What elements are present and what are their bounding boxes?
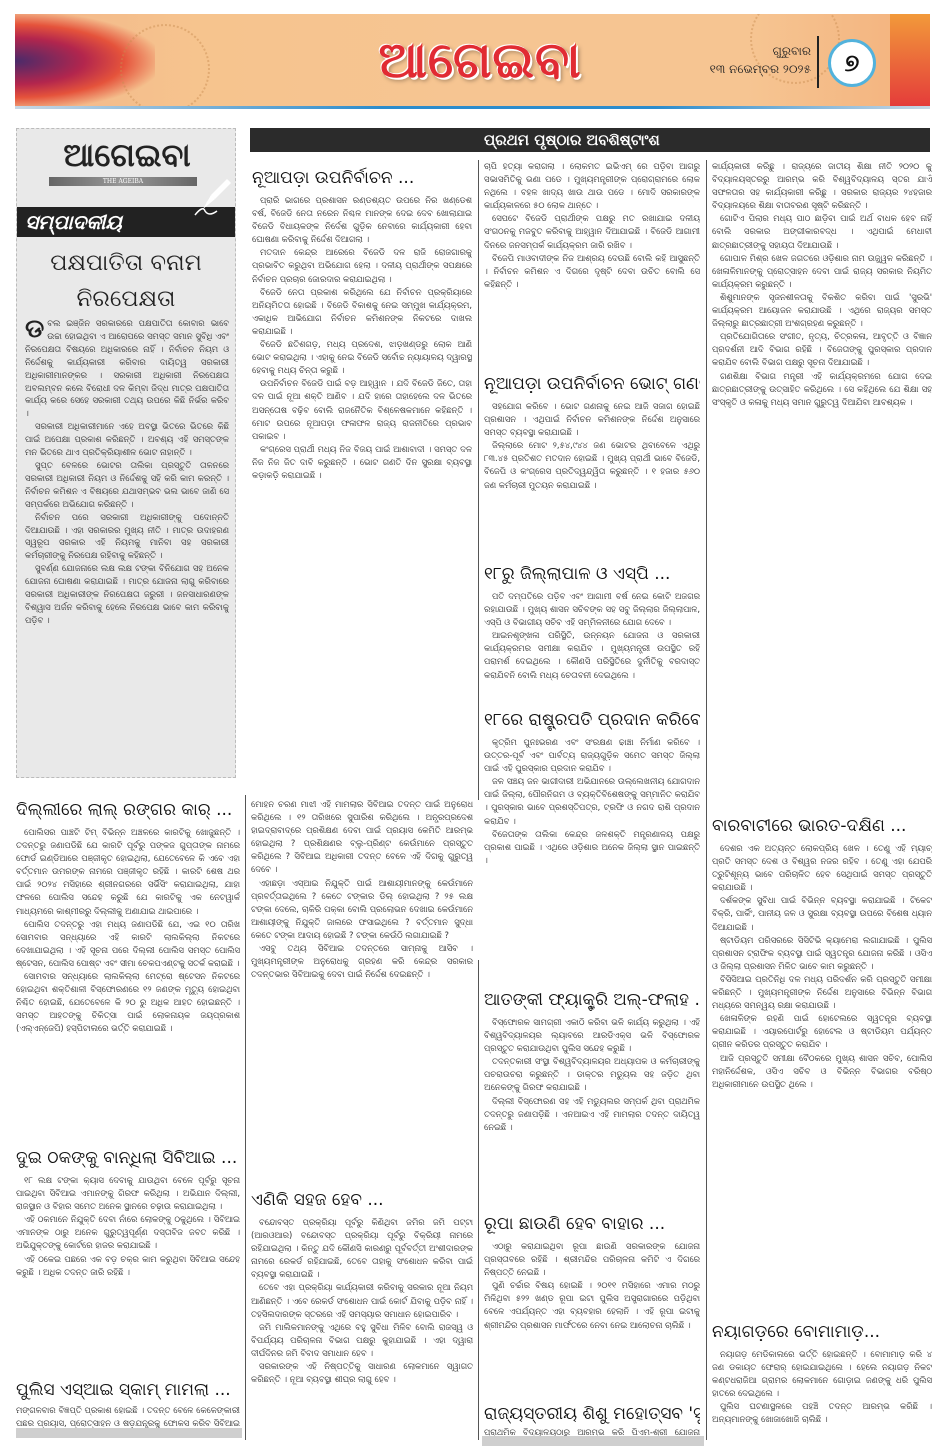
article-children-festival: ରାଜ୍ୟସ୍ତରୀୟ ଶିଶୁ ମହୋତ୍ସବ 'ସୁରଭି ... ପ୍ରା… [484, 1402, 700, 1436]
article-body: ପୋଲିସର ପାଞ୍ଚଟି ଟିମ୍ ବିଭିନ୍ନ ଅଞ୍ଚଳରେ କାରଟ… [16, 826, 240, 1036]
article-paragraph: କଂଗ୍ରେସ ପ୍ରାର୍ଥୀ ମଧ୍ୟ ନିଜ ବିଜୟ ପାଇଁ ଆଶାବ… [252, 443, 472, 482]
article-paragraph: ଉପନିର୍ବାଚନ ବିଜେଡି ପାଇଁ ବଡ଼ ଆହ୍ୱାନ । ଯଦି … [252, 377, 472, 442]
article-paragraph: ଏସବୁ ତଥ୍ୟ ସିବିଆଇ ତଦନ୍ତରେ ସାମ୍ନାକୁ ଆସିବ ।… [251, 942, 473, 981]
column-divider [245, 795, 246, 1440]
article-headline: ବାରବାଟୀରେ ଭାରତ-ଦକ୍ଷିଣ ... [712, 814, 932, 838]
article-body: ଚାପି ହତ୍ୟା କରାଗଲା । ଲୋକମତ ଇଭିଏମ୍ ରେ ପଡ଼ି… [484, 160, 700, 291]
article-paragraph: କୃତ୍ରିମ ପୁନଃଭରଣ ଏବଂ ସଂରକ୍ଷଣ ଢାଞ୍ଚା ନିର୍ମ… [484, 736, 700, 775]
editorial-label: ସମ୍ପାଦକୀୟ [25, 207, 122, 237]
article-paragraph: ୧୮ ଲକ୍ଷ ଟଙ୍କା କ୍ୟାସ ଦେବାକୁ ଯାଉଥିବା ବେଳେ … [16, 1174, 240, 1213]
article-paragraph: ଗୋପାଳ ମିଶ୍ର ଖେଳ ଜଗତରେ ଓଡ଼ିଶାର ନାମ ଉଜ୍ଜ୍ୱ… [712, 252, 932, 291]
article-body: କାର୍ଯ୍ୟକାରୀ କରିଛୁ । ରାଜ୍ୟରେ ଜାତୀୟ ଶିକ୍ଷା… [712, 160, 932, 409]
article-paragraph: ଦେଶର ଏକ ଅତ୍ୟନ୍ତ ଲୋକପ୍ରିୟ ଖେଳ । ତେଣୁ ଏହି … [712, 842, 932, 894]
decorative-wave [890, 14, 930, 108]
article-continued-education: କାର୍ଯ୍ୟକାରୀ କରିଛୁ । ରାଜ୍ୟରେ ଜାତୀୟ ଶିକ୍ଷା… [712, 160, 932, 800]
article-paragraph: ଆଜି ପ୍ରସ୍ତୁତି ସମୀକ୍ଷା ବୈଠକରେ ମୁଖ୍ୟ ଶାସନ … [712, 1052, 932, 1091]
article-paragraph: ଜଳ ସଞ୍ଚୟ ଜନ ଭାଗୀଦାରୀ ଅଭିଯାନରେ ଉଲ୍ଲେଖନୀୟ … [484, 775, 700, 827]
editorial-paragraph: ସୁବର୍ଣ୍ଣ ଯୋଜନାରେ ଲକ୍ଷ ଲକ୍ଷ ଟଙ୍କା ବିନିଯୋଗ… [25, 562, 229, 627]
article-paragraph: ଶିଶୁମାନଙ୍କ ସୃଜନଶୀଳତାକୁ ବିକଶିତ କରିବା ପାଇଁ… [712, 291, 932, 330]
article-paragraph: ଦିଲ୍ଲୀ ବିସ୍ଫୋରଣ ସହ ଏହି ମଡ୍ୟୁଲର ସମ୍ପର୍କ ଥ… [484, 1095, 700, 1134]
article-paragraph: ସହଯୋଗ କରିବେ । ଭୋଟ ଗଣନାକୁ ନେଇ ଆଜି ସଜାଗ ହୋ… [484, 400, 700, 439]
article-terror-factory: ଆତଙ୍କୀ ଫ୍ୟାକ୍ଟ୍ରି ଅଲ୍-ଫଲାହ ... ବିସ୍ଫୋରକ … [484, 988, 700, 1203]
article-headline: ନୂଆପଡ଼ା ଉପନିର୍ବାଚନ ଭୋଟ୍ ଗଣତି ... [484, 372, 700, 396]
article-delhi-red-car: ଦିଲ୍ଲୀରେ ଲାଲ୍ ରଙ୍ଗର କାର୍ ... ପୋଲିସର ପାଞ୍… [16, 798, 240, 1133]
column-bottom-rule [482, 1436, 704, 1446]
article-president-award: ୧୮ରେ ରାଷ୍ଟ୍ରପତି ପ୍ରଦାନ କରିବେ ... କୃତ୍ରିମ… [484, 708, 700, 978]
masthead-banner: ଆଗେଇବା ଗୁରୁବାର ୧୩ ନଭେମ୍ବର ୨୦୨୫ ୭ [15, 14, 930, 108]
article-headline: ନୂଆପଡ଼ା ଉପନିର୍ବାଚନ ... [252, 166, 472, 190]
article-paragraph: ତଦନ୍ତକାରୀ ସଂସ୍ଥା ବିଶ୍ୱବିଦ୍ୟାଳୟର ଅଧ୍ୟାପକ … [484, 1055, 700, 1094]
article-body: ବନ୍ଦୋବସ୍ତ ପ୍ରକ୍ରିୟା ପୂର୍ବରୁ କିଣିଥିବା ଜମି… [251, 1216, 473, 1386]
column-divider [478, 960, 479, 1440]
article-barabati-match: ବାରବାଟୀରେ ଭାରତ-ଦକ୍ଷିଣ ... ଦେଶର ଏକ ଅତ୍ୟନ୍… [712, 814, 932, 1304]
article-body: ପ୍ରାଥମିକ ବିଦ୍ୟାଳୟଠାରୁ ଆରମ୍ଭ କରି ପିଏମ-ଶ୍ର… [484, 1426, 700, 1436]
article-paragraph: ମୋହନ ଚରଣ ମାଝୀ ଏହି ମାମଲାର ସିବିଆଇ ତଦନ୍ତ ପା… [251, 798, 473, 877]
column-divider [478, 160, 479, 800]
article-headline: ଆତଙ୍କୀ ଫ୍ୟାକ୍ଟ୍ରି ଅଲ୍-ଫଲାହ ... [484, 988, 700, 1012]
article-body: ପତି ଦମ୍ପତିରେ ପଡ଼ିବ ଏବଂ ଆଗାମୀ ବର୍ଷ ନେଇ କୋ… [484, 590, 700, 682]
editorial-paragraph: ବଲ ଇଞ୍ଜିନ ସରକାରରେ ପକ୍ଷପାତିତା କୋବାର ଭାବେ … [25, 317, 229, 420]
column-divider [706, 160, 707, 1440]
article-collector-sp: ୧୮ରୁ ଜିଲ୍ଲାପାଳ ଓ ଏସ୍‌ପି ... ପତି ଦମ୍ପତିରେ… [484, 562, 700, 682]
article-paragraph: କାର୍ଯ୍ୟକାରୀ କରିଛୁ । ରାଜ୍ୟରେ ଜାତୀୟ ଶିକ୍ଷା… [712, 160, 932, 212]
article-body: ଦେଶର ଏକ ଅତ୍ୟନ୍ତ ଲୋକପ୍ରିୟ ଖେଳ । ତେଣୁ ଏହି … [712, 842, 932, 1091]
article-paragraph: ବିଜେଡି ଛତିଶଗଡ଼, ମଧ୍ୟ ପ୍ରଦେଶ, ଝାଡ଼ଖଣ୍ଡରୁ … [252, 338, 472, 377]
article-headline: ଦିଲ୍ଲୀରେ ଲାଲ୍ ରଙ୍ଗର କାର୍ ... [16, 798, 240, 822]
masthead-divider [817, 36, 819, 88]
article-paragraph: ବିଜେତାଙ୍କ ତାଲିକା କେନ୍ଦ୍ର ଜଳଶକ୍ତି ମନ୍ତ୍ରଣ… [484, 828, 700, 867]
article-paragraph: ବିସ୍ଫୋରକ ସାମଗ୍ରୀ ଏକାଠି କରିବା ଭଳି କାର୍ଯ୍ୟ… [484, 1016, 700, 1055]
article-paragraph: ଚାପି ହତ୍ୟା କରାଗଲା । ଲୋକମତ ଇଭିଏମ୍ ରେ ପଡ଼ି… [484, 160, 700, 212]
article-paragraph: ଦର୍ଶକଙ୍କ ସୁବିଧା ପାଇଁ ବିଭିନ୍ନ ବ୍ୟବସ୍ଥା କର… [712, 894, 932, 933]
column-bottom-rule [16, 1428, 242, 1438]
article-paragraph: ସୋମବାର ସନ୍ଧ୍ୟାରେ ଲାଲକିଲ୍ଲା ମେଟ୍ରୋ ଷ୍ଟେସନ… [16, 970, 240, 1035]
article-paragraph: ପୋଲିସର ପାଞ୍ଚଟି ଟିମ୍ ବିଭିନ୍ନ ଅଞ୍ଚଳରେ କାରଟ… [16, 826, 240, 918]
editorial-headline-line: ପକ୍ଷପାତିତା ବନାମ [23, 245, 229, 281]
article-paragraph: ଏଠାରୁ କରାଯାଇଥିବା ରୂପା ଛାଉଣି ସରକାରଙ୍କ ଯୋଜ… [484, 1240, 700, 1279]
section-title: ପ୍ରଥମ ପୃଷ୍ଠାର ଅବଶିଷ୍ଟାଂଶ [470, 128, 674, 152]
newspaper-logo: ଆଗେଇବା [355, 28, 605, 92]
article-cbi-thugs: ଦୁଇ ଠକଙ୍କୁ ବାନ୍ଧିଲା ସିବିଆଇ ... ୧୮ ଲକ୍ଷ ଟ… [16, 1146, 240, 1368]
article-headline: ୧୮ରେ ରାଷ୍ଟ୍ରପତି ପ୍ରଦାନ କରିବେ ... [484, 708, 700, 732]
section-header: ପ୍ରଥମ ପୃଷ୍ଠାର ଅବଶିଷ୍ଟାଂଶ [250, 128, 930, 152]
article-land-record: ଏଣିକି ସହଜ ହେବ ... ବନ୍ଦୋବସ୍ତ ପ୍ରକ୍ରିୟା ପୂ… [251, 1188, 473, 1438]
article-paragraph: ଷ୍ଟାଡିୟମ ପରିସରରେ ସିସିଟିଭି କ୍ୟାମେରା ଲଗାଯା… [712, 934, 932, 973]
editorial-paper-logo: ଆଗେଇବା [47, 135, 207, 175]
article-paragraph: ବନ୍ଦୋବସ୍ତ ପ୍ରକ୍ରିୟା ପୂର୍ବରୁ କିଣିଥିବା ଜମି… [251, 1216, 473, 1281]
article-headline: ୧୮ରୁ ଜିଲ୍ଲାପାଳ ଓ ଏସ୍‌ପି ... [484, 562, 700, 586]
article-paragraph: ପ୍ରାରି ଭାଗରେ ପ୍ରଶାସନ ରଣ୍ଡଶ୍ୟତ ଉପରେ ନିର ଖ… [252, 194, 472, 246]
article-paragraph: ଆଇନଶୃଙ୍ଖଳା ପରିସ୍ଥିତି, ଉନ୍ନୟନ ଯୋଜନା ଓ ସରକ… [484, 629, 700, 681]
article-body: ୧୮ ଲକ୍ଷ ଟଙ୍କା କ୍ୟାସ ଦେବାକୁ ଯାଉଥିବା ବେଳେ … [16, 1174, 240, 1279]
editorial-paragraph: ସୁପ୍ତ ବେଳରେ ଭୋଟର ତାଲିକା ପ୍ରସ୍ତୁତି ତାଳନରେ… [25, 459, 229, 511]
article-paragraph: ପୁଣି ଚର୍ଚ୍ଚାର ବିଷୟ ହୋଇଛି । ୨୦୧୧ ମସିହାରେ … [484, 1279, 700, 1331]
article-paragraph: ଗଣଶିକ୍ଷା ବିଭାଗ ମନ୍ତ୍ରୀ ଏହି କାର୍ଯ୍ୟକ୍ରମରେ… [712, 370, 932, 409]
article-body: ଏଠାରୁ କରାଯାଇଥିବା ରୂପା ଛାଉଣି ସରକାରଙ୍କ ଯୋଜ… [484, 1240, 700, 1332]
fountain-pen-icon [193, 177, 233, 217]
article-paragraph: ପ୍ରତିଯୋଗିତାରେ ସଂଗୀତ, ନୃତ୍ୟ, ଚିତ୍ରକଳା, ଆବ… [712, 330, 932, 369]
article-nuapada-bypoll: ନୂଆପଡ଼ା ଉପନିର୍ବାଚନ ... ପ୍ରାରି ଭାଗରେ ପ୍ରଶ… [252, 166, 472, 794]
article-paragraph: ବିଜେପି ମାଓବାଦୀଙ୍କ ନିଜ ଆଶ୍ରୟ ଦେଉଛି ବୋଲି କ… [484, 252, 700, 291]
editorial-box: ଆଗେଇବା THE AGEIBA ସମ୍ପାଦକୀୟ ପକ୍ଷପାତିତା ବ… [16, 128, 236, 778]
article-headline: ରୂପା ଛାଉଣି ହେବ ବାହାର ... [484, 1212, 700, 1236]
article-paragraph: ବିଜେଡି ନେତା ପ୍ରକାଶ କରିଥିଲେ ଯେ ନିର୍ବାଚନ ପ… [252, 286, 472, 338]
article-continued: ଚାପି ହତ୍ୟା କରାଗଲା । ଲୋକମତ ଇଭିଏମ୍ ରେ ପଡ଼ି… [484, 160, 700, 370]
article-body: ବିସ୍ଫୋରକ ସାମଗ୍ରୀ ଏକାଠି କରିବା ଭଳି କାର୍ଯ୍ୟ… [484, 1016, 700, 1134]
article-paragraph: ସରକାରଙ୍କ ଏହି ନିଷ୍ପତ୍ତିକୁ ସାଧାରଣ ଲୋକମାନେ … [251, 1360, 473, 1386]
editorial-paragraph: ନିର୍ବାଚନ ପରେ ସରକାରୀ ଅଧିକାରୀଙ୍କୁ ପଦୋନ୍ନତି… [25, 511, 229, 563]
article-headline: ଦୁଇ ଠକଙ୍କୁ ବାନ୍ଧିଲା ସିବିଆଇ ... [16, 1146, 240, 1170]
editorial-paragraph: ସରକାରୀ ଅଧିକାରୀମାନେ ଏହେ ଅବସ୍ଥା ଭିତରେ ଭିତର… [25, 420, 229, 459]
article-body: ସହଯୋଗ କରିବେ । ଭୋଟ ଗଣନାକୁ ନେଇ ଆଜି ସଜାଗ ହୋ… [484, 400, 700, 492]
article-paragraph: ପୋଲିସ ତଦନ୍ତରୁ ଏହା ମଧ୍ୟ ଜଣାପଡିଛି ଯେ, ଏଇ ୧… [16, 918, 240, 970]
masthead-rule [15, 106, 930, 109]
editorial-paper-logo-sub: THE AGEIBA [49, 177, 197, 186]
article-paragraph: ଜିଲ୍ଲାରେ ମୋଟ ୨,୫୪,୯୪୪ ଜଣ ଭୋଟର ଥିବାବେଳେ ଏ… [484, 439, 700, 491]
article-headline: ଏଣିକି ସହଜ ହେବ ... [251, 1188, 473, 1212]
article-body: କୃତ୍ରିମ ପୁନଃଭରଣ ଏବଂ ସଂରକ୍ଷଣ ଢାଞ୍ଚା ନିର୍ମ… [484, 736, 700, 867]
editorial-headline-line: ନିରପେକ୍ଷତା [23, 281, 229, 317]
article-body: ନୟାଗଡ଼ ମେଡିକାଲରେ ଭର୍ତ୍ତି ହୋଇଛନ୍ତି । ବୋମା… [712, 1348, 932, 1427]
article-paragraph: ମତଦାନ କେନ୍ଦ୍ର ଆରେରେ ବିଜେଡି ଦଳ ରାଜି ରୋଜଗା… [252, 246, 472, 285]
article-si-scam-continued: ମୋହନ ଚରଣ ମାଝୀ ଏହି ମାମଲାର ସିବିଆଇ ତଦନ୍ତ ପା… [251, 798, 473, 1168]
article-headline: ନୟାଗଡ଼ରେ ବୋମାମାଡ଼... [712, 1320, 932, 1344]
article-paragraph: ଖେଳାଳିଙ୍କ ରହଣି ପାଇଁ ହୋଟେଲରେ ସ୍ୱତନ୍ତ୍ର ବ୍… [712, 1012, 932, 1051]
article-paragraph: ସେପଟେ ବିଜେଡି ପ୍ରାର୍ଥୀଙ୍କ ପକ୍ଷରୁ ମତ ରଖାଯା… [484, 212, 700, 251]
article-paragraph: ଏହାଛଡ଼ା ଏସ୍‌ଆଇ ନିଯୁକ୍ତି ପାଇଁ ଆଶାୟୀମାନଙ୍କ… [251, 877, 473, 942]
article-paragraph: ବିସିସିଆଇ ପ୍ରତିନିଧି ଦଳ ମଧ୍ୟ ପରିଦର୍ଶନ କରି … [712, 973, 932, 1012]
article-nayagarh-bomb: ନୟାଗଡ଼ରେ ବୋମାମାଡ଼... ନୟାଗଡ଼ ମେଡିକାଲରେ ଭର… [712, 1320, 932, 1438]
article-paragraph: ନୟାଗଡ଼ ମେଡିକାଲରେ ଭର୍ତ୍ତି ହୋଇଛନ୍ତି । ବୋମା… [712, 1348, 932, 1400]
issue-date: ଗୁରୁବାର ୧୩ ନଭେମ୍ବର ୨୦୨୫ [705, 42, 811, 78]
article-paragraph: ପତି ଦମ୍ପତିରେ ପଡ଼ିବ ଏବଂ ଆଗାମୀ ବର୍ଷ ନେଇ କୋ… [484, 590, 700, 629]
article-body: ପ୍ରାରି ଭାଗରେ ପ୍ରଶାସନ ରଣ୍ଡଶ୍ୟତ ଉପରେ ନିର ଖ… [252, 194, 472, 482]
drop-cap: ଡ [25, 317, 44, 341]
article-body: ମୋହନ ଚରଣ ମାଝୀ ଏହି ମାମଲାର ସିବିଆଇ ତଦନ୍ତ ପା… [251, 798, 473, 981]
article-paragraph: ଜମି ମାଲିକମାନଙ୍କୁ ଏଥିରେ ବହୁ ସୁବିଧା ମିଳିବ … [251, 1321, 473, 1360]
article-nuapada-vote-count: ନୂଆପଡ଼ା ଉପନିର୍ବାଚନ ଭୋଟ୍ ଗଣତି ... ସହଯୋଗ କ… [484, 372, 700, 548]
editorial-body: ଡ ବଲ ଇଞ୍ଜିନ ସରକାରରେ ପକ୍ଷପାତିତା କୋବାର ଭାବ… [25, 317, 229, 773]
article-paragraph: ତେବେ ଏହା ପ୍ରକ୍ରିୟା କାର୍ଯ୍ୟକାରୀ କରିବାକୁ ସ… [251, 1281, 473, 1320]
article-paragraph: ପ୍ରାଥମିକ ବିଦ୍ୟାଳୟଠାରୁ ଆରମ୍ଭ କରି ପିଏମ-ଶ୍ର… [484, 1426, 700, 1436]
article-paragraph: ପୁଲିସ ଘଟଣାସ୍ଥଳରେ ପହଞ୍ଚି ତଦନ୍ତ ଆରମ୍ଭ କରିଛ… [712, 1400, 932, 1426]
page-number-badge: ୭ [828, 39, 876, 87]
article-paragraph: ଏହି ଠକମାନେ ନିଯୁକ୍ତି ଦେବା ନାଁରେ ଲୋକଙ୍କୁ ଠ… [16, 1213, 240, 1252]
article-headline: ପୁଲିସ ଏସ୍‌ଆଇ ସ୍କାମ୍ ମାମଲା ... [16, 1378, 240, 1402]
article-police-si-scam: ପୁଲିସ ଏସ୍‌ଆଇ ସ୍କାମ୍ ମାମଲା ... ମଙ୍ଗଳବାର ବ… [16, 1378, 240, 1434]
article-paragraph: ଗୋଟିଏ ପିଲାର ମଧ୍ୟ ପାଠ ଛାଡ଼ିବା ପାଇଁ ଅର୍ଥ ବ… [712, 212, 932, 251]
article-silver-out: ରୂପା ଛାଉଣି ହେବ ବାହାର ... ଏଠାରୁ କରାଯାଇଥିବ… [484, 1212, 700, 1398]
article-paragraph: ଏହି ଠକେଇ ପଛରେ ଏକ ବଡ଼ ଚକ୍ର କାମ କରୁଥିବା ସି… [16, 1253, 240, 1279]
issue-date-text: ୧୩ ନଭେମ୍ବର ୨୦୨୫ [705, 60, 811, 78]
article-headline: ରାଜ୍ୟସ୍ତରୀୟ ଶିଶୁ ମହୋତ୍ସବ 'ସୁରଭି ... [484, 1402, 700, 1426]
issue-day: ଗୁରୁବାର [705, 42, 811, 60]
editorial-headline: ପକ୍ଷପାତିତା ବନାମ ନିରପେକ୍ଷତା [23, 245, 229, 317]
mandala-decoration [120, 24, 210, 108]
